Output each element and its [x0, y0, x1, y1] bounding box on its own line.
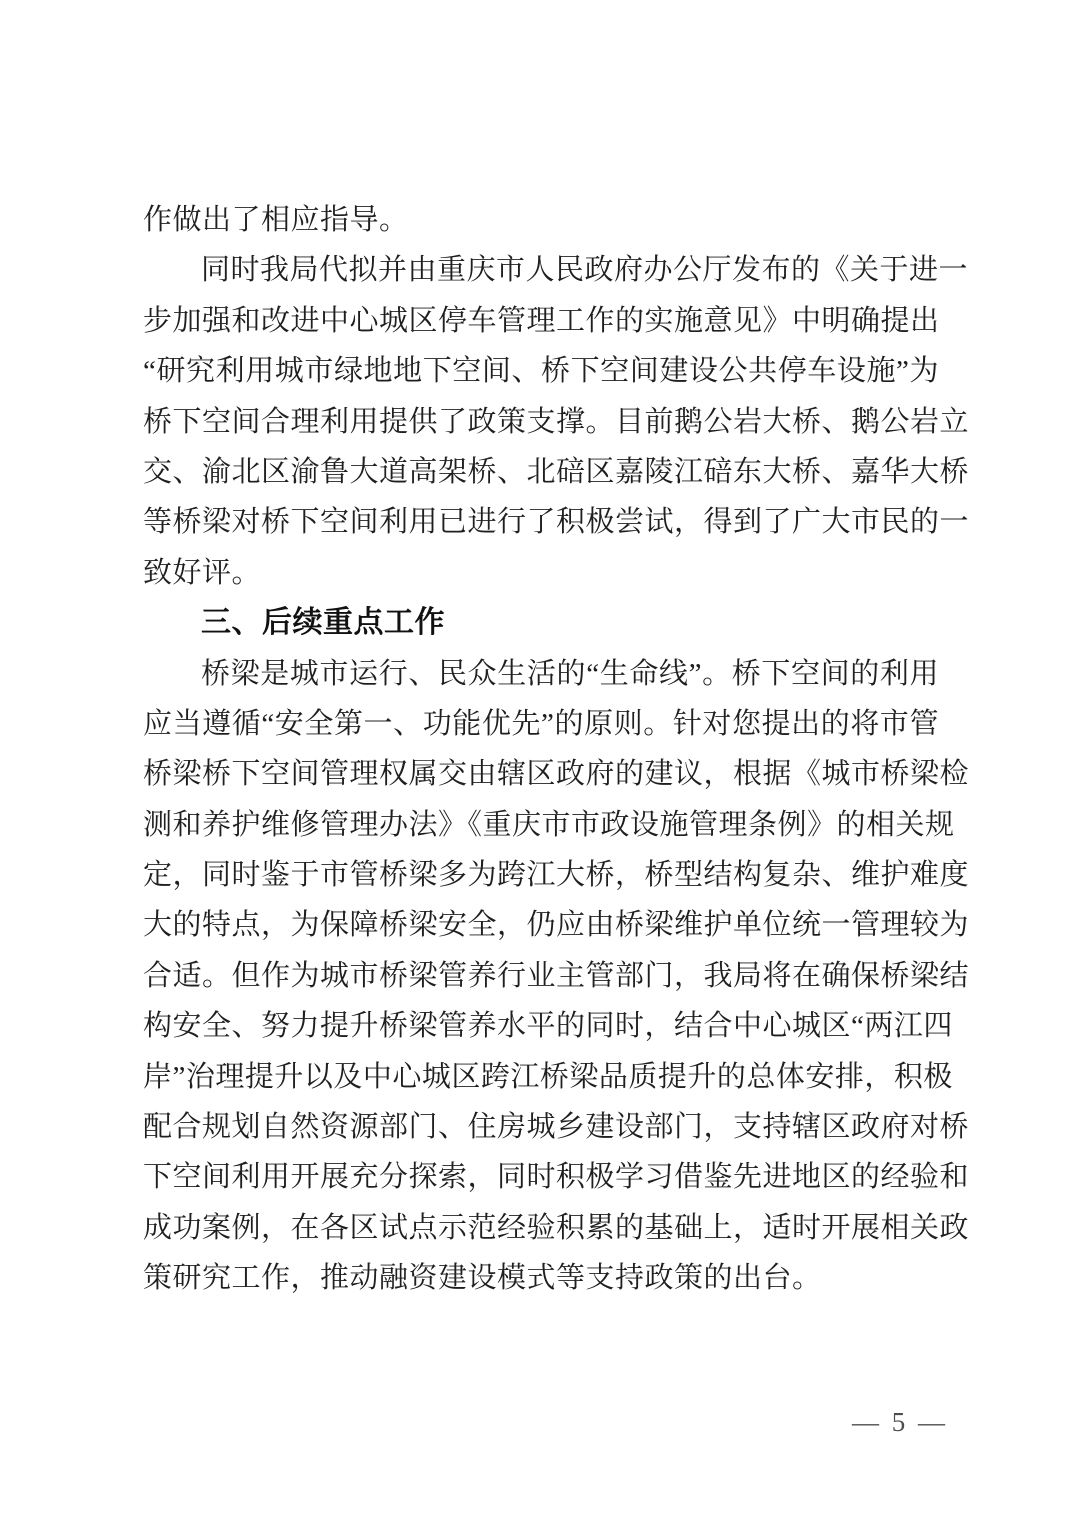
- text-line: 致好评。: [143, 548, 939, 598]
- section-heading: 三、后续重点工作: [143, 598, 939, 648]
- document-body: 作做出了相应指导。 同时我局代拟并由重庆市人民政府办公厅发布的《关于进一 步加强…: [143, 195, 939, 1304]
- text-line: 合适。但作为城市桥梁管养行业主管部门，我局将在确保桥梁结: [143, 951, 939, 1001]
- text-line: 策研究工作，推动融资建设模式等支持政策的出台。: [143, 1253, 939, 1303]
- text-line: 桥梁是城市运行、民众生活的“生命线”。桥下空间的利用: [143, 649, 939, 699]
- text-line: 配合规划自然资源部门、住房城乡建设部门，支持辖区政府对桥: [143, 1102, 939, 1152]
- text-line: 大的特点，为保障桥梁安全，仍应由桥梁维护单位统一管理较为: [143, 900, 939, 950]
- text-line: 测和养护维修管理办法》《重庆市市政设施管理条例》的相关规: [143, 800, 939, 850]
- document-page: 作做出了相应指导。 同时我局代拟并由重庆市人民政府办公厅发布的《关于进一 步加强…: [0, 0, 1074, 1520]
- text-line: 岸”治理提升以及中心城区跨江桥梁品质提升的总体安排，积极: [143, 1052, 939, 1102]
- text-line: 等桥梁对桥下空间利用已进行了积极尝试，得到了广大市民的一: [143, 497, 939, 547]
- text-line: 同时我局代拟并由重庆市人民政府办公厅发布的《关于进一: [143, 245, 939, 295]
- text-line: 成功案例，在各区试点示范经验积累的基础上，适时开展相关政: [143, 1203, 939, 1253]
- text-line: 桥下空间合理利用提供了政策支撑。目前鹅公岩大桥、鹅公岩立: [143, 397, 939, 447]
- text-line: 应当遵循“安全第一、功能优先”的原则。针对您提出的将市管: [143, 699, 939, 749]
- text-line: “研究利用城市绿地地下空间、桥下空间建设公共停车设施”为: [143, 346, 939, 396]
- text-line: 交、渝北区渝鲁大道高架桥、北碚区嘉陵江碚东大桥、嘉华大桥: [143, 447, 939, 497]
- text-line: 步加强和改进中心城区停车管理工作的实施意见》中明确提出: [143, 296, 939, 346]
- text-line: 构安全、努力提升桥梁管养水平的同时，结合中心城区“两江四: [143, 1001, 939, 1051]
- text-line: 下空间利用开展充分探索，同时积极学习借鉴先进地区的经验和: [143, 1152, 939, 1202]
- text-line: 定，同时鉴于市管桥梁多为跨江大桥，桥型结构复杂、维护难度: [143, 850, 939, 900]
- page-number: — 5 —: [830, 1405, 970, 1439]
- text-line: 桥梁桥下空间管理权属交由辖区政府的建议，根据《城市桥梁检: [143, 749, 939, 799]
- text-line: 作做出了相应指导。: [143, 195, 939, 245]
